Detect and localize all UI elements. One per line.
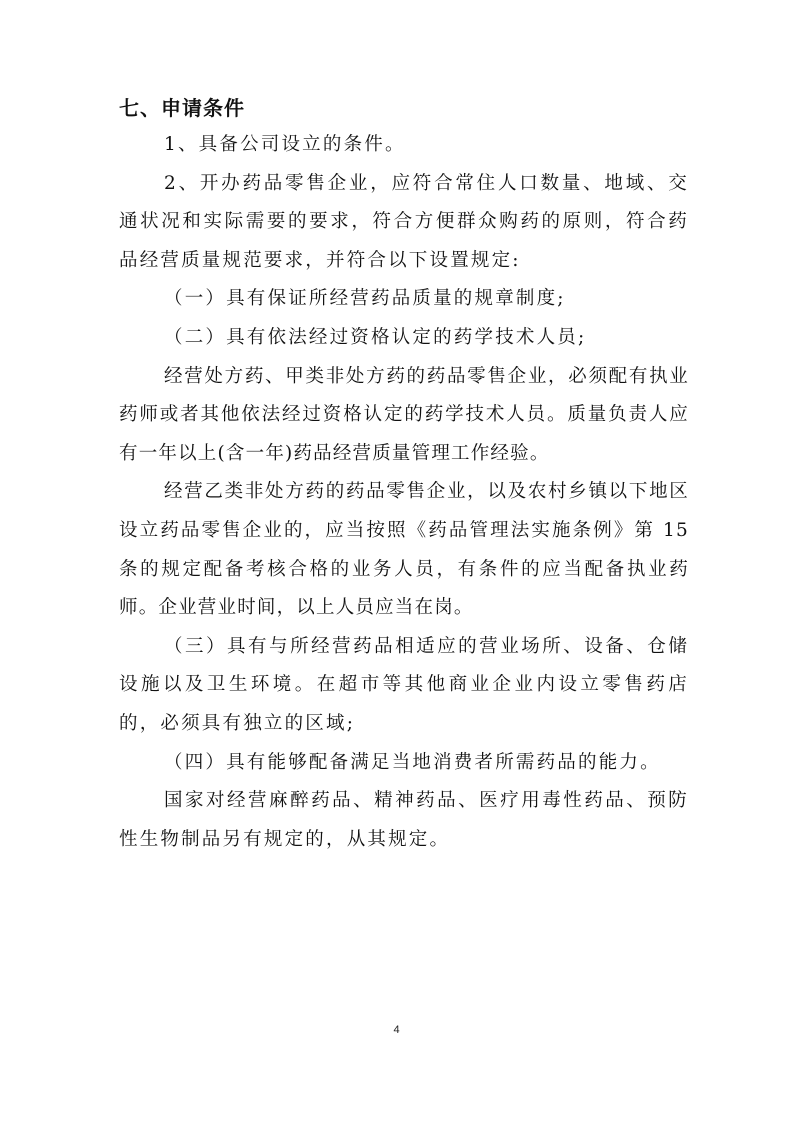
paragraph-special-drugs: 国家对经营麻醉药品、精神药品、医疗用毒性药品、预防性生物制品另有规定的，从其规定… xyxy=(119,782,689,859)
paragraph-item-2: （二）具有依法经过资格认定的药学技术人员; xyxy=(119,319,689,358)
page-number: 4 xyxy=(0,1024,793,1036)
paragraph-item-1: （一）具有保证所经营药品质量的规章制度; xyxy=(119,280,689,319)
paragraph-otc-staff: 经营乙类非处方药的药品零售企业，以及农村乡镇以下地区设立药品零售企业的，应当按照… xyxy=(119,473,689,627)
paragraph-item-4: （四）具有能够配备满足当地消费者所需药品的能力。 xyxy=(119,744,689,783)
document-page: 七、申请条件 1、具备公司设立的条件。 2、开办药品零售企业，应符合常住人口数量… xyxy=(0,0,793,1122)
document-body: 七、申请条件 1、具备公司设立的条件。 2、开办药品零售企业，应符合常住人口数量… xyxy=(119,93,689,859)
paragraph-item-3: （三）具有与所经营药品相适应的营业场所、设备、仓储设施以及卫生环境。在超市等其他… xyxy=(119,628,689,744)
paragraph-condition-1: 1、具备公司设立的条件。 xyxy=(119,126,689,165)
paragraph-prescription-staff: 经营处方药、甲类非处方药的药品零售企业，必须配有执业药师或者其他依法经过资格认定… xyxy=(119,358,689,474)
section-heading: 七、申请条件 xyxy=(119,93,689,123)
paragraph-condition-2: 2、开办药品零售企业，应符合常住人口数量、地域、交通状况和实际需要的要求，符合方… xyxy=(119,165,689,281)
